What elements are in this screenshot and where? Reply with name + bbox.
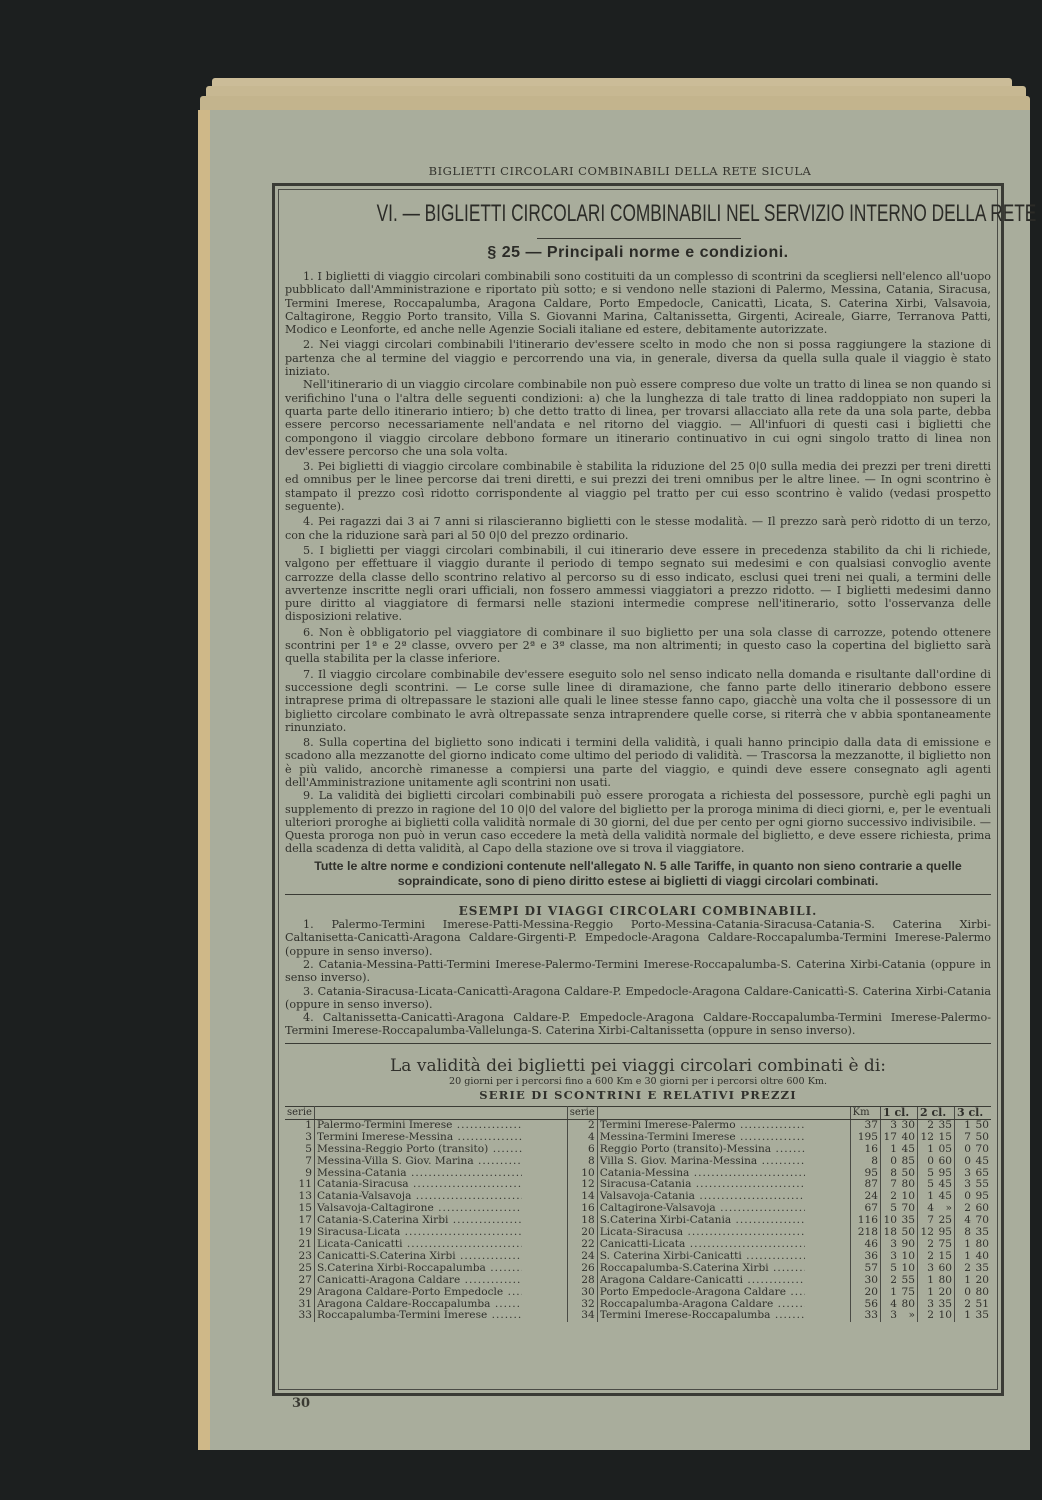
c2-lire: 3 — [918, 1263, 937, 1275]
c1-cent: » — [899, 1310, 918, 1322]
serie-right: 4 — [567, 1132, 597, 1144]
route-right: Valsavoja-Catania — [597, 1191, 850, 1203]
serie-right: 34 — [567, 1310, 597, 1322]
table-row: 23Canicatti-S.Caterina Xirbi24S. Caterin… — [285, 1251, 991, 1263]
route-name: Porto Empedocle-Aragona Caldare — [600, 1287, 805, 1299]
divider — [285, 894, 991, 895]
c2-cent: 60 — [936, 1156, 955, 1168]
route-right: Aragona Caldare-Canicatti — [597, 1275, 850, 1287]
km: 195 — [850, 1132, 880, 1144]
route-right: Roccapalumba-Aragona Caldare — [597, 1299, 850, 1311]
route-name: Canicatti-Licata — [600, 1239, 805, 1251]
paragraph: 4. Pei ragazzi dai 3 ai 7 anni si rilasc… — [285, 515, 991, 542]
route-name: Licata-Canicatti — [317, 1239, 522, 1251]
route-right: Licata-Siracusa — [597, 1227, 850, 1239]
running-head: BIGLIETTI CIRCOLARI COMBINABILI DELLA RE… — [210, 164, 1030, 178]
c3-cent: 70 — [973, 1144, 991, 1156]
validity-title: La validità dei biglietti pei viaggi cir… — [285, 1056, 991, 1076]
price-table: serie serie Km 1 cl. 2 cl. 3 cl. 1Palerm… — [285, 1106, 991, 1322]
km: 16 — [850, 1144, 880, 1156]
route-left: Canicatti-Aragona Caldare — [314, 1275, 567, 1287]
km: 8 — [850, 1156, 880, 1168]
col-route-left — [314, 1107, 567, 1120]
serie-left: 29 — [285, 1287, 314, 1299]
table-row: 13Catania-Valsavoja14Valsavoja-Catania24… — [285, 1191, 991, 1203]
route-name: Messina-Reggio Porto (transito) — [317, 1144, 522, 1156]
table-row: 19Siracusa-Licata20Licata-Siracusa218185… — [285, 1227, 991, 1239]
km: 57 — [850, 1263, 880, 1275]
route-name: Catania-Valsavoja — [317, 1191, 522, 1203]
paragraph: 6. Non è obbligatorio pel viaggiatore di… — [285, 626, 991, 666]
c2-cent: 05 — [936, 1144, 955, 1156]
c1-cent: 55 — [899, 1275, 918, 1287]
route-name: S.Caterina Xirbi-Catania — [600, 1215, 805, 1227]
route-name: Termini Imerese-Roccapalumba — [600, 1310, 805, 1322]
example-item: 3. Catania-Siracusa-Licata-Canicattì-Ara… — [285, 985, 991, 1012]
serie-left: 7 — [285, 1156, 314, 1168]
route-right: Messina-Termini Imerese — [597, 1132, 850, 1144]
km: 33 — [850, 1310, 880, 1322]
route-left: Messina-Catania — [314, 1168, 567, 1180]
route-name: S. Caterina Xirbi-Canicatti — [600, 1251, 805, 1263]
serie-left: 25 — [285, 1263, 314, 1275]
table-row: 9Messina-Catania10Catania-Messina9585059… — [285, 1168, 991, 1180]
route-right: Roccapalumba-S.Caterina Xirbi — [597, 1263, 850, 1275]
serie-right: 26 — [567, 1263, 597, 1275]
route-right: S. Caterina Xirbi-Canicatti — [597, 1251, 850, 1263]
c1-lire: 5 — [881, 1263, 900, 1275]
c1-cent: 30 — [899, 1119, 918, 1131]
table-row: 27Canicatti-Aragona Caldare28Aragona Cal… — [285, 1275, 991, 1287]
km: 37 — [850, 1119, 880, 1131]
route-name: Termini Imerese-Palermo — [600, 1120, 805, 1132]
route-right: Villa S. Giov. Marina-Messina — [597, 1156, 850, 1168]
col-route-right — [597, 1107, 850, 1120]
c2-lire: 1 — [918, 1287, 937, 1299]
c3-lire: 7 — [955, 1132, 974, 1144]
route-left: Roccapalumba-Termini Imerese — [314, 1310, 567, 1322]
c1-cent: 75 — [899, 1287, 918, 1299]
serie-left: 1 — [285, 1119, 314, 1131]
route-name: Reggio Porto (transito)-Messina — [600, 1144, 805, 1156]
serie-right: 8 — [567, 1156, 597, 1168]
route-left: Messina-Villa S. Giov. Marina — [314, 1156, 567, 1168]
paragraph: 8. Sulla copertina del biglietto sono in… — [285, 736, 991, 789]
route-name: Palermo-Termini Imerese — [317, 1120, 522, 1132]
c3-lire: 0 — [955, 1287, 974, 1299]
route-right: S.Caterina Xirbi-Catania — [597, 1215, 850, 1227]
c1-lire: 0 — [881, 1156, 900, 1168]
paragraph: 1. I biglietti di viaggio circolari comb… — [285, 270, 991, 336]
c2-cent: 15 — [936, 1132, 955, 1144]
example-item: 1. Palermo-Termini Imerese-Patti-Messina… — [285, 918, 991, 958]
examples-list: 1. Palermo-Termini Imerese-Patti-Messina… — [285, 918, 991, 1038]
c2-lire: 0 — [918, 1156, 937, 1168]
serie-left: 3 — [285, 1132, 314, 1144]
route-right: Canicatti-Licata — [597, 1239, 850, 1251]
c1-lire: 2 — [881, 1275, 900, 1287]
c3-lire: 0 — [955, 1144, 974, 1156]
route-right: Termini Imerese-Roccapalumba — [597, 1310, 850, 1322]
col-km: Km — [850, 1107, 880, 1120]
c3-cent: 80 — [973, 1287, 991, 1299]
route-left: Licata-Canicatti — [314, 1239, 567, 1251]
route-name: Valsavoja-Catania — [600, 1191, 805, 1203]
paragraph: Nell'itinerario di un viaggio circolare … — [285, 378, 991, 458]
route-left: S.Caterina Xirbi-Roccapalumba — [314, 1263, 567, 1275]
route-name: Messina-Villa S. Giov. Marina — [317, 1156, 522, 1168]
c3-cent: 45 — [973, 1156, 991, 1168]
c1-cent: 45 — [899, 1144, 918, 1156]
table-row: 5Messina-Reggio Porto (transito)6Reggio … — [285, 1144, 991, 1156]
c2-cent: 60 — [936, 1263, 955, 1275]
closing-note: Tutte le altre norme e condizioni conten… — [285, 859, 991, 889]
document-body: 1. I biglietti di viaggio circolari comb… — [285, 270, 991, 1322]
route-name: Messina-Catania — [317, 1168, 522, 1180]
c1-lire: 3 — [881, 1310, 900, 1322]
route-name: Licata-Siracusa — [600, 1227, 805, 1239]
c1-lire: 3 — [881, 1119, 900, 1131]
route-name: Catania-Siracusa — [317, 1179, 522, 1191]
table-row: 33Roccapalumba-Termini Imerese34Termini … — [285, 1310, 991, 1322]
c2-lire: 2 — [918, 1310, 937, 1322]
route-name: Catania-Messina — [600, 1168, 805, 1180]
route-left: Canicatti-S.Caterina Xirbi — [314, 1251, 567, 1263]
route-left: Termini Imerese-Messina — [314, 1132, 567, 1144]
c1-cent: 10 — [899, 1263, 918, 1275]
route-name: Caltagirone-Valsavoja — [600, 1203, 805, 1215]
paragraph: 2. Nei viaggi circolari combinabili l'it… — [285, 338, 991, 378]
c2-lire: 12 — [918, 1132, 937, 1144]
c2-lire: 1 — [918, 1275, 937, 1287]
c3-lire: 1 — [955, 1119, 974, 1131]
route-left: Catania-Valsavoja — [314, 1191, 567, 1203]
c3-cent: 20 — [973, 1275, 991, 1287]
serie-left: 27 — [285, 1275, 314, 1287]
paragraph-list: 1. I biglietti di viaggio circolari comb… — [285, 270, 991, 856]
col-serie-left: serie — [285, 1107, 314, 1120]
c2-cent: 80 — [936, 1275, 955, 1287]
route-right: Porto Empedocle-Aragona Caldare — [597, 1287, 850, 1299]
table-row: 29Aragona Caldare-Porto Empedocle30Porto… — [285, 1287, 991, 1299]
serie-left: 5 — [285, 1144, 314, 1156]
serie-left: 33 — [285, 1310, 314, 1322]
route-name: Aragona Caldare-Canicatti — [600, 1275, 805, 1287]
book-page: BIGLIETTI CIRCOLARI COMBINABILI DELLA RE… — [198, 110, 1030, 1450]
c3-cent: 35 — [973, 1310, 991, 1322]
page-number: 30 — [292, 1396, 310, 1411]
route-right: Reggio Porto (transito)-Messina — [597, 1144, 850, 1156]
route-name: Siracusa-Catania — [600, 1179, 805, 1191]
col-3cl: 3 cl. — [955, 1107, 992, 1120]
paragraph: 5. I biglietti per viaggi circolari comb… — [285, 544, 991, 624]
km: 20 — [850, 1287, 880, 1299]
divider — [285, 1043, 991, 1044]
col-1cl: 1 cl. — [881, 1107, 918, 1120]
c2-cent: 35 — [936, 1119, 955, 1131]
c2-lire: 1 — [918, 1144, 937, 1156]
c1-lire: 17 — [881, 1132, 900, 1144]
route-right: Catania-Messina — [597, 1168, 850, 1180]
example-item: 4. Caltanissetta-Canicattì-Aragona Calda… — [285, 1011, 991, 1038]
serie-right: 30 — [567, 1287, 597, 1299]
route-name: Roccapalumba-Termini Imerese — [317, 1310, 522, 1322]
route-name: Siracusa-Licata — [317, 1227, 522, 1239]
table-row: 21Licata-Canicatti22Canicatti-Licata4639… — [285, 1239, 991, 1251]
c3-cent: 50 — [973, 1119, 991, 1131]
c3-lire: 1 — [955, 1310, 974, 1322]
route-left: Messina-Reggio Porto (transito) — [314, 1144, 567, 1156]
route-right: Siracusa-Catania — [597, 1179, 850, 1191]
km: 30 — [850, 1275, 880, 1287]
route-right: Caltagirone-Valsavoja — [597, 1203, 850, 1215]
route-left: Aragona Caldare-Porto Empedocle — [314, 1287, 567, 1299]
route-name: Roccapalumba-Aragona Caldare — [600, 1299, 805, 1311]
table-row: 7Messina-Villa S. Giov. Marina8Villa S. … — [285, 1156, 991, 1168]
example-item: 2. Catania-Messina-Patti-Termini Imerese… — [285, 958, 991, 985]
col-serie-right: serie — [567, 1107, 597, 1120]
route-left: Aragona Caldare-Roccapalumba — [314, 1299, 567, 1311]
validity-subtitle: 20 giorni per i percorsi fino a 600 Km e… — [285, 1076, 991, 1088]
content-frame: VI. — BIGLIETTI CIRCOLARI COMBINABILI NE… — [272, 183, 1004, 1396]
paragraph: 3. Pei biglietti di viaggio circolare co… — [285, 460, 991, 513]
route-name: Roccapalumba-S.Caterina Xirbi — [600, 1263, 805, 1275]
table-row: 11Catania-Siracusa12Siracusa-Catania8778… — [285, 1179, 991, 1191]
c2-cent: 20 — [936, 1287, 955, 1299]
route-left: Catania-Siracusa — [314, 1179, 567, 1191]
c2-cent: 10 — [936, 1310, 955, 1322]
route-name: Valsavoja-Caltagirone — [317, 1203, 522, 1215]
route-name: Catania-S.Caterina Xirbi — [317, 1215, 522, 1227]
c3-lire: 2 — [955, 1263, 974, 1275]
table-title: SERIE DI SCONTRINI E RELATIVI PREZZI — [285, 1089, 991, 1102]
serie-right: 6 — [567, 1144, 597, 1156]
route-left: Palermo-Termini Imerese — [314, 1119, 567, 1131]
paragraph: 7. Il viaggio circolare combinabile dev'… — [285, 668, 991, 734]
route-name: Aragona Caldare-Roccapalumba — [317, 1299, 522, 1311]
route-left: Siracusa-Licata — [314, 1227, 567, 1239]
serie-right: 2 — [567, 1119, 597, 1131]
chapter-title: VI. — BIGLIETTI CIRCOLARI COMBINABILI NE… — [377, 200, 900, 228]
table-row: 1Palermo-Termini Imerese2Termini Imerese… — [285, 1119, 991, 1131]
c1-lire: 1 — [881, 1144, 900, 1156]
c3-lire: 0 — [955, 1156, 974, 1168]
c1-lire: 1 — [881, 1287, 900, 1299]
c1-cent: 85 — [899, 1156, 918, 1168]
c3-lire: 1 — [955, 1275, 974, 1287]
table-row: 3Termini Imerese-Messina4Messina-Termini… — [285, 1132, 991, 1144]
c3-cent: 35 — [973, 1263, 991, 1275]
route-name: Aragona Caldare-Porto Empedocle — [317, 1287, 522, 1299]
route-name: S.Caterina Xirbi-Roccapalumba — [317, 1263, 522, 1275]
route-name: Villa S. Giov. Marina-Messina — [600, 1156, 805, 1168]
divider — [537, 238, 741, 239]
route-left: Valsavoja-Caltagirone — [314, 1203, 567, 1215]
table-row: 25S.Caterina Xirbi-Roccapalumba26Roccapa… — [285, 1263, 991, 1275]
c2-lire: 2 — [918, 1119, 937, 1131]
route-name: Canicatti-S.Caterina Xirbi — [317, 1251, 522, 1263]
route-name: Termini Imerese-Messina — [317, 1132, 522, 1144]
c3-cent: 50 — [973, 1132, 991, 1144]
examples-title: ESEMPI DI VIAGGI CIRCOLARI COMBINABILI. — [285, 905, 991, 918]
route-name: Canicatti-Aragona Caldare — [317, 1275, 522, 1287]
route-left: Catania-S.Caterina Xirbi — [314, 1215, 567, 1227]
c1-cent: 40 — [899, 1132, 918, 1144]
table-row: 31Aragona Caldare-Roccapalumba32Roccapal… — [285, 1299, 991, 1311]
col-2cl: 2 cl. — [918, 1107, 955, 1120]
serie-right: 28 — [567, 1275, 597, 1287]
section-title: § 25 — Principali norme e condizioni. — [275, 244, 1001, 262]
route-name: Messina-Termini Imerese — [600, 1132, 805, 1144]
paragraph: 9. La validità dei biglietti circolari c… — [285, 789, 991, 855]
route-right: Termini Imerese-Palermo — [597, 1119, 850, 1131]
